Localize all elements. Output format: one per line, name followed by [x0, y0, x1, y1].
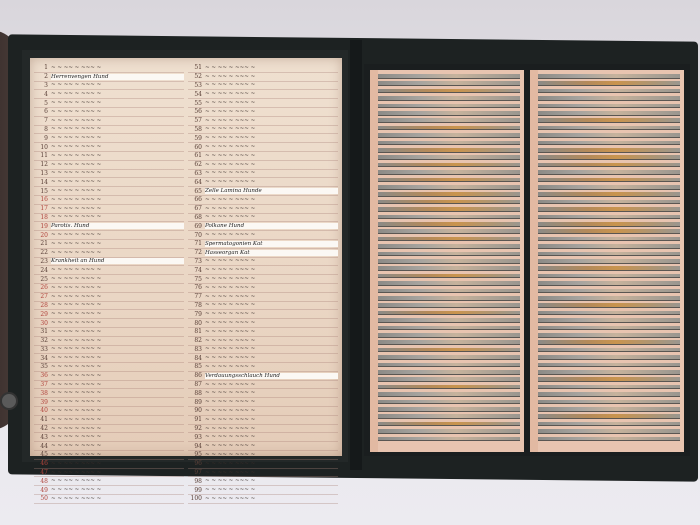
handwritten-entry: ~ ~ ~~ ~ ~~~ ~: [205, 206, 338, 212]
index-number: 71: [188, 240, 205, 247]
glass-slide: [538, 215, 680, 220]
index-number: 19: [34, 223, 51, 230]
index-number: 91: [188, 416, 205, 423]
index-row: 31~ ~ ~~ ~ ~~~ ~: [34, 328, 184, 337]
glass-slide: [538, 422, 680, 427]
glass-slide: [538, 274, 680, 279]
handwritten-entry: ~ ~ ~~ ~ ~~~ ~: [205, 214, 338, 220]
index-number: 3: [34, 82, 51, 89]
glass-slide: [538, 363, 680, 368]
index-card: 1~ ~ ~~ ~ ~~~ ~2Herrenvengen Hund3~ ~ ~~…: [30, 58, 342, 456]
glass-slide: [538, 133, 680, 138]
handwritten-entry: ~ ~ ~~ ~ ~~~ ~: [51, 496, 184, 502]
index-number: 50: [34, 495, 51, 502]
index-number: 6: [34, 108, 51, 115]
handwritten-entry: ~ ~ ~~ ~ ~~~ ~: [51, 470, 184, 476]
glass-slide: [538, 126, 680, 131]
index-number: 94: [188, 443, 205, 450]
index-row: 74~ ~ ~~ ~ ~~~ ~: [188, 266, 338, 275]
glass-slide: [378, 148, 520, 153]
glass-slide: [538, 192, 680, 197]
handwritten-entry: ~ ~ ~~ ~ ~~~ ~: [205, 426, 338, 432]
index-number: 72: [188, 249, 205, 256]
index-row: 27~ ~ ~~ ~ ~~~ ~: [34, 293, 184, 302]
handwritten-entry: Krankheit an Hund: [51, 258, 184, 264]
index-number: 99: [188, 487, 205, 494]
handwritten-entry: ~ ~ ~~ ~ ~~~ ~: [205, 461, 338, 467]
index-row: 48~ ~ ~~ ~ ~~~ ~: [34, 477, 184, 486]
index-number: 43: [34, 434, 51, 441]
handwritten-entry: ~ ~ ~~ ~ ~~~ ~: [51, 329, 184, 335]
handwritten-entry: ~ ~ ~~ ~ ~~~ ~: [51, 267, 184, 273]
handwritten-entry: ~ ~ ~~ ~ ~~~ ~: [51, 417, 184, 423]
index-row: 82~ ~ ~~ ~ ~~~ ~: [188, 337, 338, 346]
handwritten-entry: ~ ~ ~~ ~ ~~~ ~: [205, 443, 338, 449]
index-number: 48: [34, 478, 51, 485]
glass-slide: [538, 178, 680, 183]
index-number: 49: [34, 487, 51, 494]
handwritten-entry: ~ ~ ~~ ~ ~~~ ~: [51, 179, 184, 185]
handwritten-entry: ~ ~ ~~ ~ ~~~ ~: [51, 170, 184, 176]
index-row: 63~ ~ ~~ ~ ~~~ ~: [188, 170, 338, 179]
index-row: 88~ ~ ~~ ~ ~~~ ~: [188, 389, 338, 398]
index-row: 57~ ~ ~~ ~ ~~~ ~: [188, 117, 338, 126]
glass-slide: [538, 385, 680, 390]
handwritten-entry: ~ ~ ~~ ~ ~~~ ~: [205, 153, 338, 159]
index-number: 17: [34, 205, 51, 212]
index-number: 84: [188, 355, 205, 362]
index-row: 75~ ~ ~~ ~ ~~~ ~: [188, 275, 338, 284]
glass-slide: [538, 377, 680, 382]
index-row: 100~ ~ ~~ ~ ~~~ ~: [188, 495, 338, 504]
handwritten-entry: ~ ~ ~~ ~ ~~~ ~: [205, 355, 338, 361]
index-row: 84~ ~ ~~ ~ ~~~ ~: [188, 354, 338, 363]
index-number: 23: [34, 258, 51, 265]
glass-slide: [378, 185, 520, 190]
handwritten-entry: ~ ~ ~~ ~ ~~~ ~: [51, 232, 184, 238]
glass-slide: [538, 141, 680, 146]
index-number: 35: [34, 363, 51, 370]
glass-slide: [378, 355, 520, 360]
handwritten-entry: ~ ~ ~~ ~ ~~~ ~: [205, 91, 338, 97]
handwritten-entry: Polkane Hund: [205, 223, 338, 229]
index-number: 22: [34, 249, 51, 256]
handwritten-entry: ~ ~ ~~ ~ ~~~ ~: [205, 478, 338, 484]
index-number: 70: [188, 232, 205, 239]
index-number: 52: [188, 73, 205, 80]
index-number: 83: [188, 346, 205, 353]
glass-slide: [538, 296, 680, 301]
index-number: 80: [188, 320, 205, 327]
glass-slide: [538, 104, 680, 109]
glass-slide: [538, 311, 680, 316]
glass-slide: [538, 200, 680, 205]
index-number: 77: [188, 293, 205, 300]
index-row: 35~ ~ ~~ ~ ~~~ ~: [34, 363, 184, 372]
handwritten-entry: Verdauungsschlauch Hund: [205, 373, 338, 379]
index-number: 30: [34, 320, 51, 327]
index-number: 66: [188, 196, 205, 203]
index-row: 5~ ~ ~~ ~ ~~~ ~: [34, 99, 184, 108]
glass-slide: [538, 207, 680, 212]
index-number: 46: [34, 460, 51, 467]
glass-slide: [538, 81, 680, 86]
index-number: 86: [188, 372, 205, 379]
index-number: 76: [188, 284, 205, 291]
index-number: 78: [188, 302, 205, 309]
glass-slide: [538, 229, 680, 234]
index-row: 66~ ~ ~~ ~ ~~~ ~: [188, 196, 338, 205]
glass-slide: [378, 429, 520, 434]
glass-slide: [538, 170, 680, 175]
index-row: 51~ ~ ~~ ~ ~~~ ~: [188, 64, 338, 73]
index-row: 67~ ~ ~~ ~ ~~~ ~: [188, 205, 338, 214]
index-row: 92~ ~ ~~ ~ ~~~ ~: [188, 425, 338, 434]
glass-slide: [378, 111, 520, 116]
glass-slide: [378, 81, 520, 86]
handwritten-entry: ~ ~ ~~ ~ ~~~ ~: [205, 487, 338, 493]
index-row: 58~ ~ ~~ ~ ~~~ ~: [188, 126, 338, 135]
handwritten-entry: ~ ~ ~~ ~ ~~~ ~: [51, 65, 184, 71]
handwritten-entry: ~ ~ ~~ ~ ~~~ ~: [51, 144, 184, 150]
handwritten-entry: ~ ~ ~~ ~ ~~~ ~: [51, 197, 184, 203]
glass-slide: [538, 259, 680, 264]
index-row: 34~ ~ ~~ ~ ~~~ ~: [34, 354, 184, 363]
glass-slide: [538, 266, 680, 271]
index-row: 41~ ~ ~~ ~ ~~~ ~: [34, 416, 184, 425]
index-number: 56: [188, 108, 205, 115]
index-row: 46~ ~ ~~ ~ ~~~ ~: [34, 460, 184, 469]
box-spine: [350, 40, 362, 470]
index-row: 17~ ~ ~~ ~ ~~~ ~: [34, 205, 184, 214]
glass-slide: [538, 185, 680, 190]
handwritten-entry: ~ ~ ~~ ~ ~~~ ~: [205, 135, 338, 141]
handwritten-entry: ~ ~ ~~ ~ ~~~ ~: [205, 399, 338, 405]
glass-slide: [378, 348, 520, 353]
glass-slide: [378, 178, 520, 183]
glass-slide: [538, 326, 680, 331]
index-row: 64~ ~ ~~ ~ ~~~ ~: [188, 178, 338, 187]
glass-slide: [538, 318, 680, 323]
index-number: 67: [188, 205, 205, 212]
index-number: 24: [34, 267, 51, 274]
index-row: 37~ ~ ~~ ~ ~~~ ~: [34, 381, 184, 390]
glass-slide: [378, 296, 520, 301]
glass-slide: [538, 370, 680, 375]
index-number: 97: [188, 469, 205, 476]
glass-slide: [378, 274, 520, 279]
index-column-51-100: 51~ ~ ~~ ~ ~~~ ~52~ ~ ~~ ~ ~~~ ~53~ ~ ~~…: [188, 64, 338, 504]
glass-slide: [378, 259, 520, 264]
index-row: 65Zelle Lamina Hunde: [188, 187, 338, 196]
index-number: 5: [34, 100, 51, 107]
glass-slide: [378, 74, 520, 79]
index-row: 30~ ~ ~~ ~ ~~~ ~: [34, 319, 184, 328]
glass-slide: [538, 244, 680, 249]
index-number: 21: [34, 240, 51, 247]
handwritten-entry: ~ ~ ~~ ~ ~~~ ~: [51, 338, 184, 344]
index-number: 15: [34, 188, 51, 195]
handwritten-entry: ~ ~ ~~ ~ ~~~ ~: [205, 294, 338, 300]
index-number: 79: [188, 311, 205, 318]
glass-slide: [378, 437, 520, 442]
index-number: 65: [188, 188, 205, 195]
index-number: 27: [34, 293, 51, 300]
index-row: 83~ ~ ~~ ~ ~~~ ~: [188, 346, 338, 355]
index-number: 90: [188, 407, 205, 414]
handwritten-entry: ~ ~ ~~ ~ ~~~ ~: [205, 82, 338, 88]
index-row: 60~ ~ ~~ ~ ~~~ ~: [188, 143, 338, 152]
index-row: 87~ ~ ~~ ~ ~~~ ~: [188, 381, 338, 390]
index-number: 54: [188, 91, 205, 98]
handwritten-entry: ~ ~ ~~ ~ ~~~ ~: [51, 373, 184, 379]
index-row: 19Parotis. Hund: [34, 222, 184, 231]
handwritten-entry: ~ ~ ~~ ~ ~~~ ~: [51, 276, 184, 282]
index-number: 8: [34, 126, 51, 133]
index-row: 53~ ~ ~~ ~ ~~~ ~: [188, 82, 338, 91]
handwritten-entry: Zelle Lamina Hunde: [205, 188, 338, 194]
glass-slide: [378, 333, 520, 338]
index-number: 26: [34, 284, 51, 291]
glass-slide: [538, 118, 680, 123]
index-number: 42: [34, 425, 51, 432]
glass-slide: [378, 252, 520, 257]
handwritten-entry: ~ ~ ~~ ~ ~~~ ~: [51, 408, 184, 414]
index-row: 78~ ~ ~~ ~ ~~~ ~: [188, 302, 338, 311]
glass-slide: [378, 326, 520, 331]
index-row: 21~ ~ ~~ ~ ~~~ ~: [34, 240, 184, 249]
index-number: 58: [188, 126, 205, 133]
index-row: 89~ ~ ~~ ~ ~~~ ~: [188, 398, 338, 407]
glass-slide: [538, 407, 680, 412]
glass-slide: [378, 385, 520, 390]
glass-slide: [378, 377, 520, 382]
index-number: 11: [34, 152, 51, 159]
index-number: 29: [34, 311, 51, 318]
index-number: 85: [188, 363, 205, 370]
handwritten-entry: ~ ~ ~~ ~ ~~~ ~: [51, 188, 184, 194]
handwritten-entry: ~ ~ ~~ ~ ~~~ ~: [51, 426, 184, 432]
index-row: 2Herrenvengen Hund: [34, 73, 184, 82]
glass-slide: [538, 89, 680, 94]
glass-slide: [378, 155, 520, 160]
glass-slide: [378, 237, 520, 242]
index-row: 12~ ~ ~~ ~ ~~~ ~: [34, 161, 184, 170]
glass-slide: [378, 281, 520, 286]
glass-slide: [538, 392, 680, 397]
index-row: 45~ ~ ~~ ~ ~~~ ~: [34, 451, 184, 460]
handwritten-entry: ~ ~ ~~ ~ ~~~ ~: [51, 302, 184, 308]
glass-slide: [538, 74, 680, 79]
index-row: 25~ ~ ~~ ~ ~~~ ~: [34, 275, 184, 284]
handwritten-entry: ~ ~ ~~ ~ ~~~ ~: [51, 311, 184, 317]
glass-slide: [378, 244, 520, 249]
index-row: 39~ ~ ~~ ~ ~~~ ~: [34, 398, 184, 407]
handwritten-entry: Herrenvengen Hund: [51, 74, 184, 80]
index-number: 95: [188, 451, 205, 458]
index-number: 45: [34, 451, 51, 458]
index-row: 61~ ~ ~~ ~ ~~~ ~: [188, 152, 338, 161]
glass-slide: [378, 414, 520, 419]
index-row: 49~ ~ ~~ ~ ~~~ ~: [34, 486, 184, 495]
handwritten-entry: ~ ~ ~~ ~ ~~~ ~: [205, 118, 338, 124]
handwritten-entry: ~ ~ ~~ ~ ~~~ ~: [51, 82, 184, 88]
handwritten-entry: ~ ~ ~~ ~ ~~~ ~: [205, 100, 338, 106]
index-number: 1: [34, 64, 51, 71]
index-row: 20~ ~ ~~ ~ ~~~ ~: [34, 231, 184, 240]
index-row: 72Hasseorgan Kat: [188, 249, 338, 258]
handwritten-entry: ~ ~ ~~ ~ ~~~ ~: [51, 126, 184, 132]
index-row: 98~ ~ ~~ ~ ~~~ ~: [188, 477, 338, 486]
glass-slide: [378, 192, 520, 197]
index-number: 33: [34, 346, 51, 353]
glass-slide: [378, 407, 520, 412]
handwritten-entry: ~ ~ ~~ ~ ~~~ ~: [51, 162, 184, 168]
glass-slide: [378, 141, 520, 146]
handwritten-entry: ~ ~ ~~ ~ ~~~ ~: [205, 346, 338, 352]
handwritten-entry: ~ ~ ~~ ~ ~~~ ~: [51, 346, 184, 352]
handwritten-entry: ~ ~ ~~ ~ ~~~ ~: [51, 434, 184, 440]
index-number: 34: [34, 355, 51, 362]
glass-slide: [538, 340, 680, 345]
index-row: 18~ ~ ~~ ~ ~~~ ~: [34, 214, 184, 223]
index-number: 37: [34, 381, 51, 388]
index-number: 63: [188, 170, 205, 177]
handwritten-entry: ~ ~ ~~ ~ ~~~ ~: [205, 320, 338, 326]
glass-slide: [378, 318, 520, 323]
index-row: 33~ ~ ~~ ~ ~~~ ~: [34, 346, 184, 355]
index-row: 77~ ~ ~~ ~ ~~~ ~: [188, 293, 338, 302]
glass-slide: [378, 215, 520, 220]
handwritten-entry: ~ ~ ~~ ~ ~~~ ~: [205, 285, 338, 291]
index-number: 64: [188, 179, 205, 186]
index-number: 57: [188, 117, 205, 124]
glass-slide: [538, 429, 680, 434]
index-number: 13: [34, 170, 51, 177]
index-row: 47~ ~ ~~ ~ ~~~ ~: [34, 469, 184, 478]
index-number: 81: [188, 328, 205, 335]
glass-slide: [378, 96, 520, 101]
index-number: 10: [34, 144, 51, 151]
glass-slide: [538, 96, 680, 101]
handwritten-entry: ~ ~ ~~ ~ ~~~ ~: [205, 434, 338, 440]
index-row: 68~ ~ ~~ ~ ~~~ ~: [188, 214, 338, 223]
glass-slide: [538, 303, 680, 308]
index-row: 91~ ~ ~~ ~ ~~~ ~: [188, 416, 338, 425]
slide-tray: [364, 64, 690, 456]
index-row: 26~ ~ ~~ ~ ~~~ ~: [34, 284, 184, 293]
hinge-clasp-bottom: [0, 392, 18, 410]
index-row: 59~ ~ ~~ ~ ~~~ ~: [188, 134, 338, 143]
handwritten-entry: ~ ~ ~~ ~ ~~~ ~: [51, 294, 184, 300]
glass-slide: [538, 281, 680, 286]
index-row: 96~ ~ ~~ ~ ~~~ ~: [188, 460, 338, 469]
index-number: 68: [188, 214, 205, 221]
rack-rail: [530, 70, 538, 452]
index-number: 18: [34, 214, 51, 221]
index-row: 22~ ~ ~~ ~ ~~~ ~: [34, 249, 184, 258]
glass-slide: [538, 252, 680, 257]
handwritten-entry: ~ ~ ~~ ~ ~~~ ~: [205, 170, 338, 176]
index-row: 16~ ~ ~~ ~ ~~~ ~: [34, 196, 184, 205]
handwritten-entry: ~ ~ ~~ ~ ~~~ ~: [205, 276, 338, 282]
handwritten-entry: ~ ~ ~~ ~ ~~~ ~: [51, 206, 184, 212]
handwritten-entry: ~ ~ ~~ ~ ~~~ ~: [51, 91, 184, 97]
glass-slide: [538, 111, 680, 116]
handwritten-entry: ~ ~ ~~ ~ ~~~ ~: [205, 417, 338, 423]
glass-slide: [538, 222, 680, 227]
index-row: 32~ ~ ~~ ~ ~~~ ~: [34, 337, 184, 346]
handwritten-entry: ~ ~ ~~ ~ ~~~ ~: [205, 496, 338, 502]
index-number: 41: [34, 416, 51, 423]
handwritten-entry: ~ ~ ~~ ~ ~~~ ~: [205, 232, 338, 238]
index-row: 3~ ~ ~~ ~ ~~~ ~: [34, 82, 184, 91]
handwritten-entry: ~ ~ ~~ ~ ~~~ ~: [51, 382, 184, 388]
index-row: 70~ ~ ~~ ~ ~~~ ~: [188, 231, 338, 240]
index-row: 11~ ~ ~~ ~ ~~~ ~: [34, 152, 184, 161]
handwritten-entry: ~ ~ ~~ ~ ~~~ ~: [51, 285, 184, 291]
index-row: 8~ ~ ~~ ~ ~~~ ~: [34, 126, 184, 135]
handwritten-entry: ~ ~ ~~ ~ ~~~ ~: [51, 355, 184, 361]
glass-slide: [378, 370, 520, 375]
index-row: 52~ ~ ~~ ~ ~~~ ~: [188, 73, 338, 82]
index-number: 59: [188, 135, 205, 142]
glass-slide: [538, 400, 680, 405]
handwritten-entry: ~ ~ ~~ ~ ~~~ ~: [51, 153, 184, 159]
index-number: 16: [34, 196, 51, 203]
handwritten-entry: ~ ~ ~~ ~ ~~~ ~: [205, 311, 338, 317]
glass-slide: [378, 133, 520, 138]
index-number: 69: [188, 223, 205, 230]
index-number: 38: [34, 390, 51, 397]
index-number: 31: [34, 328, 51, 335]
index-column-1-50: 1~ ~ ~~ ~ ~~~ ~2Herrenvengen Hund3~ ~ ~~…: [34, 64, 184, 504]
glass-slide: [378, 363, 520, 368]
glass-slide: [378, 400, 520, 405]
glass-slide: [538, 289, 680, 294]
index-row: 54~ ~ ~~ ~ ~~~ ~: [188, 90, 338, 99]
index-row: 97~ ~ ~~ ~ ~~~ ~: [188, 469, 338, 478]
glass-slide: [378, 289, 520, 294]
glass-slide: [378, 222, 520, 227]
index-row: 24~ ~ ~~ ~ ~~~ ~: [34, 266, 184, 275]
glass-slide: [538, 155, 680, 160]
glass-slide: [378, 163, 520, 168]
handwritten-entry: ~ ~ ~~ ~ ~~~ ~: [51, 461, 184, 467]
index-number: 28: [34, 302, 51, 309]
handwritten-entry: ~ ~ ~~ ~ ~~~ ~: [205, 267, 338, 273]
handwritten-entry: ~ ~ ~~ ~ ~~~ ~: [205, 470, 338, 476]
index-row: 9~ ~ ~~ ~ ~~~ ~: [34, 134, 184, 143]
index-number: 62: [188, 161, 205, 168]
index-number: 36: [34, 372, 51, 379]
handwritten-entry: ~ ~ ~~ ~ ~~~ ~: [51, 135, 184, 141]
index-number: 25: [34, 276, 51, 283]
glass-slide: [378, 104, 520, 109]
slide-rack-right: [530, 70, 684, 452]
handwritten-entry: ~ ~ ~~ ~ ~~~ ~: [205, 109, 338, 115]
handwritten-entry: ~ ~ ~~ ~ ~~~ ~: [205, 65, 338, 71]
glass-slide: [538, 355, 680, 360]
index-number: 12: [34, 161, 51, 168]
glass-slide: [378, 303, 520, 308]
glass-slide: [378, 207, 520, 212]
index-number: 60: [188, 144, 205, 151]
glass-slide: [378, 89, 520, 94]
glass-slide: [378, 422, 520, 427]
handwritten-entry: ~ ~ ~~ ~ ~~~ ~: [51, 452, 184, 458]
handwritten-entry: ~ ~ ~~ ~ ~~~ ~: [51, 109, 184, 115]
